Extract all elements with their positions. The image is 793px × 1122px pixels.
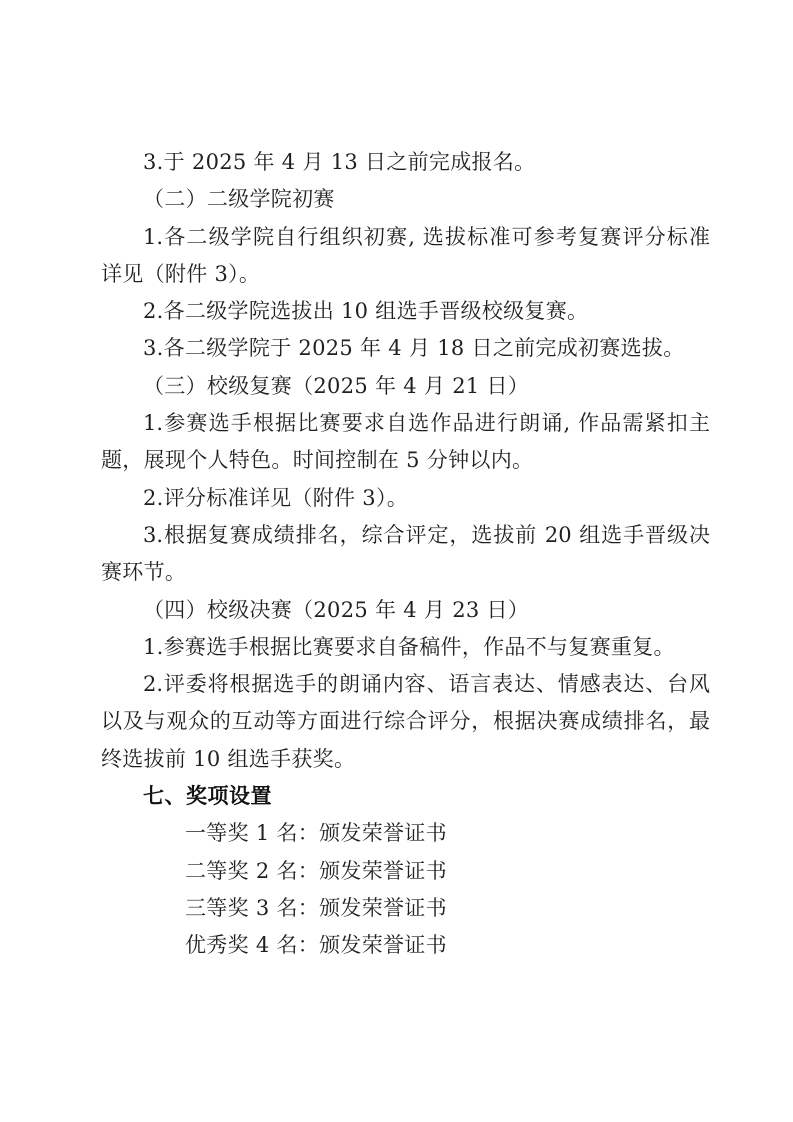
text-line: 3.于 2025 年 4 月 13 日之前完成报名。 — [101, 144, 710, 181]
text-line: 优秀奖 4 名：颁发荣誉证书 — [101, 927, 710, 964]
text-line: 2.各二级学院选拔出 10 组选手晋级校级复赛。 — [101, 293, 710, 330]
section-heading: 七、奖项设置 — [101, 778, 710, 815]
text-line: 终选拔前 10 组选手获奖。 — [101, 741, 710, 778]
text-line: 二等奖 2 名：颁发荣誉证书 — [101, 853, 710, 890]
text-line: 3.根据复赛成绩排名，综合评定，选拔前 20 组选手晋级决 — [101, 517, 710, 554]
text-line: 一等奖 1 名：颁发荣誉证书 — [101, 815, 710, 852]
text-line: 2.评分标准详见（附件 3）。 — [101, 480, 710, 517]
document-body: 3.于 2025 年 4 月 13 日之前完成报名。（二）二级学院初赛1.各二级… — [101, 144, 710, 965]
text-line: 详见（附件 3）。 — [101, 256, 710, 293]
text-line: 3.各二级学院于 2025 年 4 月 18 日之前完成初赛选拔。 — [101, 330, 710, 367]
text-line: 1.参赛选手根据比赛要求自备稿件，作品不与复赛重复。 — [101, 629, 710, 666]
text-line: 题，展现个人特色。时间控制在 5 分钟以内。 — [101, 442, 710, 479]
text-line: （四）校级决赛（2025 年 4 月 23 日） — [101, 592, 710, 629]
text-line: 1.参赛选手根据比赛要求自选作品进行朗诵, 作品需紧扣主 — [101, 405, 710, 442]
text-line: （三）校级复赛（2025 年 4 月 21 日） — [101, 368, 710, 405]
text-line: 以及与观众的互动等方面进行综合评分，根据决赛成绩排名，最 — [101, 703, 710, 740]
text-line: 2.评委将根据选手的朗诵内容、语言表达、情感表达、台风 — [101, 666, 710, 703]
text-line: 1.各二级学院自行组织初赛, 选拔标准可参考复赛评分标准 — [101, 219, 710, 256]
text-line: 三等奖 3 名：颁发荣誉证书 — [101, 890, 710, 927]
document-page: 3.于 2025 年 4 月 13 日之前完成报名。（二）二级学院初赛1.各二级… — [0, 0, 793, 1122]
text-line: （二）二级学院初赛 — [101, 181, 710, 218]
text-line: 赛环节。 — [101, 554, 710, 591]
